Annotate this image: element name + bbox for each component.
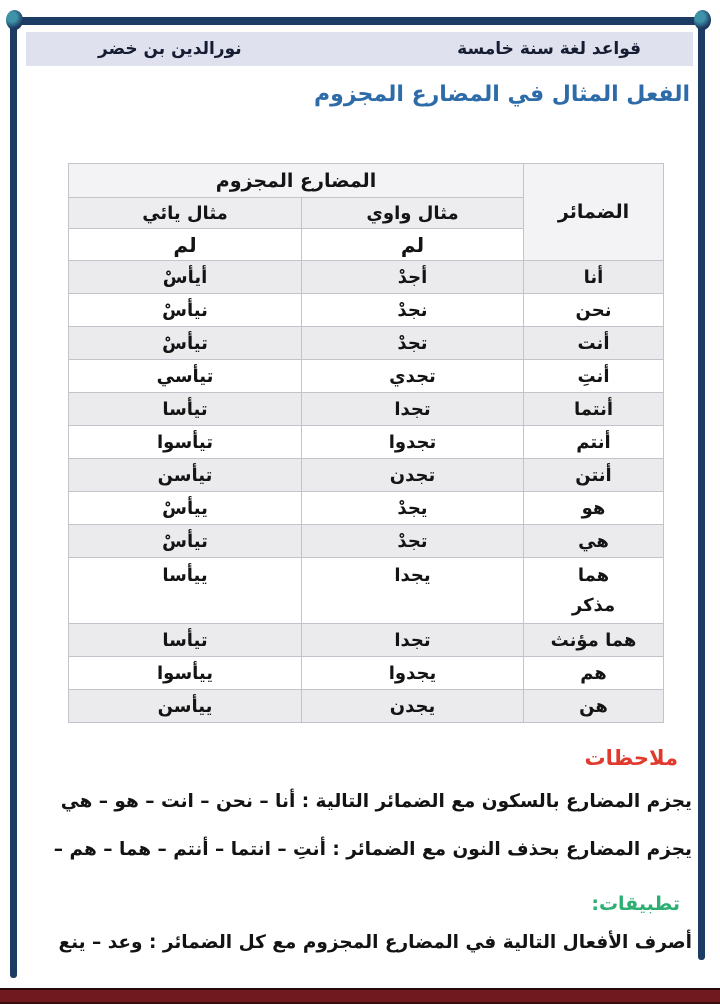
binder-pin-icon (694, 10, 711, 30)
table-row: نحننجدْنيأسْ (69, 294, 664, 327)
jussive-span-header: المضارع المجزوم (69, 164, 524, 198)
ya-verb-cell: ييأسا (69, 558, 302, 624)
table-row: أناأجدْأيأسْ (69, 261, 664, 294)
applications-exercise: أصرف الأفعال التالية في المضارع المجزوم … (22, 932, 692, 953)
frame-right-border (698, 22, 705, 960)
pronoun-cell: هن (524, 690, 664, 723)
ya-verb-cell: تيأسْ (69, 327, 302, 360)
waw-verb-cell: أجدْ (302, 261, 524, 294)
waw-verb-cell: يجدوا (302, 657, 524, 690)
ya-verb-cell: نيأسْ (69, 294, 302, 327)
table-row: هيتجدْتيأسْ (69, 525, 664, 558)
author-name: نورالدين بن خضر (98, 39, 242, 59)
notes-heading: ملاحظات (584, 746, 678, 770)
table-row: أنتتجدْتيأسْ (69, 327, 664, 360)
ya-verb-cell: تيأسا (69, 624, 302, 657)
ya-column-header: مثال يائي (69, 198, 302, 229)
table-row: أنتنتجدنتيأسن (69, 459, 664, 492)
waw-verb-cell: نجدْ (302, 294, 524, 327)
waw-verb-cell: يجدن (302, 690, 524, 723)
ya-verb-cell: تيأسي (69, 360, 302, 393)
conjugation-table: الضمائر المضارع المجزوم مثال واوي مثال ي… (68, 163, 664, 723)
table-row: هما مذكريجداييأسا (69, 558, 664, 624)
table-header-row: الضمائر المضارع المجزوم (69, 164, 664, 198)
ya-verb-cell: تيأسا (69, 393, 302, 426)
particle-waw: لم (302, 229, 524, 261)
course-label: قواعد لغة سنة خامسة (457, 39, 641, 59)
pronoun-cell: نحن (524, 294, 664, 327)
binder-pin-icon (6, 10, 23, 30)
pronoun-cell: أنتِ (524, 360, 664, 393)
header-strip: قواعد لغة سنة خامسة نورالدين بن خضر (26, 32, 693, 66)
frame-left-border (10, 22, 17, 978)
waw-verb-cell: يجدا (302, 558, 524, 624)
pronouns-column-header: الضمائر (524, 164, 664, 261)
ya-verb-cell: ييأسوا (69, 657, 302, 690)
waw-verb-cell: تجدْ (302, 327, 524, 360)
note-line-1: يجزم المضارع بالسكون مع الضمائر التالية … (22, 778, 692, 826)
pronoun-cell: أنتما (524, 393, 664, 426)
pronoun-cell: هما مؤنث (524, 624, 664, 657)
pronoun-cell: هما مذكر (524, 558, 664, 624)
table-row: هويجدْييأسْ (69, 492, 664, 525)
pronoun-cell: هو (524, 492, 664, 525)
ya-verb-cell: أيأسْ (69, 261, 302, 294)
note-line-2: يجزم المضارع بحذف النون مع الضمائر : أنت… (22, 826, 692, 874)
waw-verb-cell: تجدوا (302, 426, 524, 459)
pronoun-cell: هي (524, 525, 664, 558)
table-row: أنتِتجديتيأسي (69, 360, 664, 393)
ya-verb-cell: تيأسْ (69, 525, 302, 558)
bottom-divider-bar (0, 988, 720, 1004)
ya-verb-cell: ييأسْ (69, 492, 302, 525)
ya-verb-cell: ييأسن (69, 690, 302, 723)
pronoun-cell: هم (524, 657, 664, 690)
table-row: هنيجدنييأسن (69, 690, 664, 723)
ya-verb-cell: تيأسوا (69, 426, 302, 459)
pronoun-cell: أنت (524, 327, 664, 360)
waw-verb-cell: تجدا (302, 393, 524, 426)
table-row: أنتمتجدواتيأسوا (69, 426, 664, 459)
waw-verb-cell: تجدن (302, 459, 524, 492)
table-row: أنتماتجداتيأسا (69, 393, 664, 426)
table-row: هما مؤنثتجداتيأسا (69, 624, 664, 657)
pronoun-cell: أنا (524, 261, 664, 294)
frame-top-border (14, 17, 704, 25)
particle-ya: لم (69, 229, 302, 261)
notes-body: يجزم المضارع بالسكون مع الضمائر التالية … (22, 778, 692, 874)
ya-verb-cell: تيأسن (69, 459, 302, 492)
page-title: الفعل المثال في المضارع المجزوم (314, 82, 690, 107)
waw-verb-cell: يجدْ (302, 492, 524, 525)
waw-verb-cell: تجدي (302, 360, 524, 393)
applications-heading: تطبيقات: (591, 893, 680, 915)
waw-verb-cell: تجدا (302, 624, 524, 657)
waw-column-header: مثال واوي (302, 198, 524, 229)
pronoun-cell: أنتن (524, 459, 664, 492)
pronoun-cell: أنتم (524, 426, 664, 459)
waw-verb-cell: تجدْ (302, 525, 524, 558)
table-row: هميجدواييأسوا (69, 657, 664, 690)
